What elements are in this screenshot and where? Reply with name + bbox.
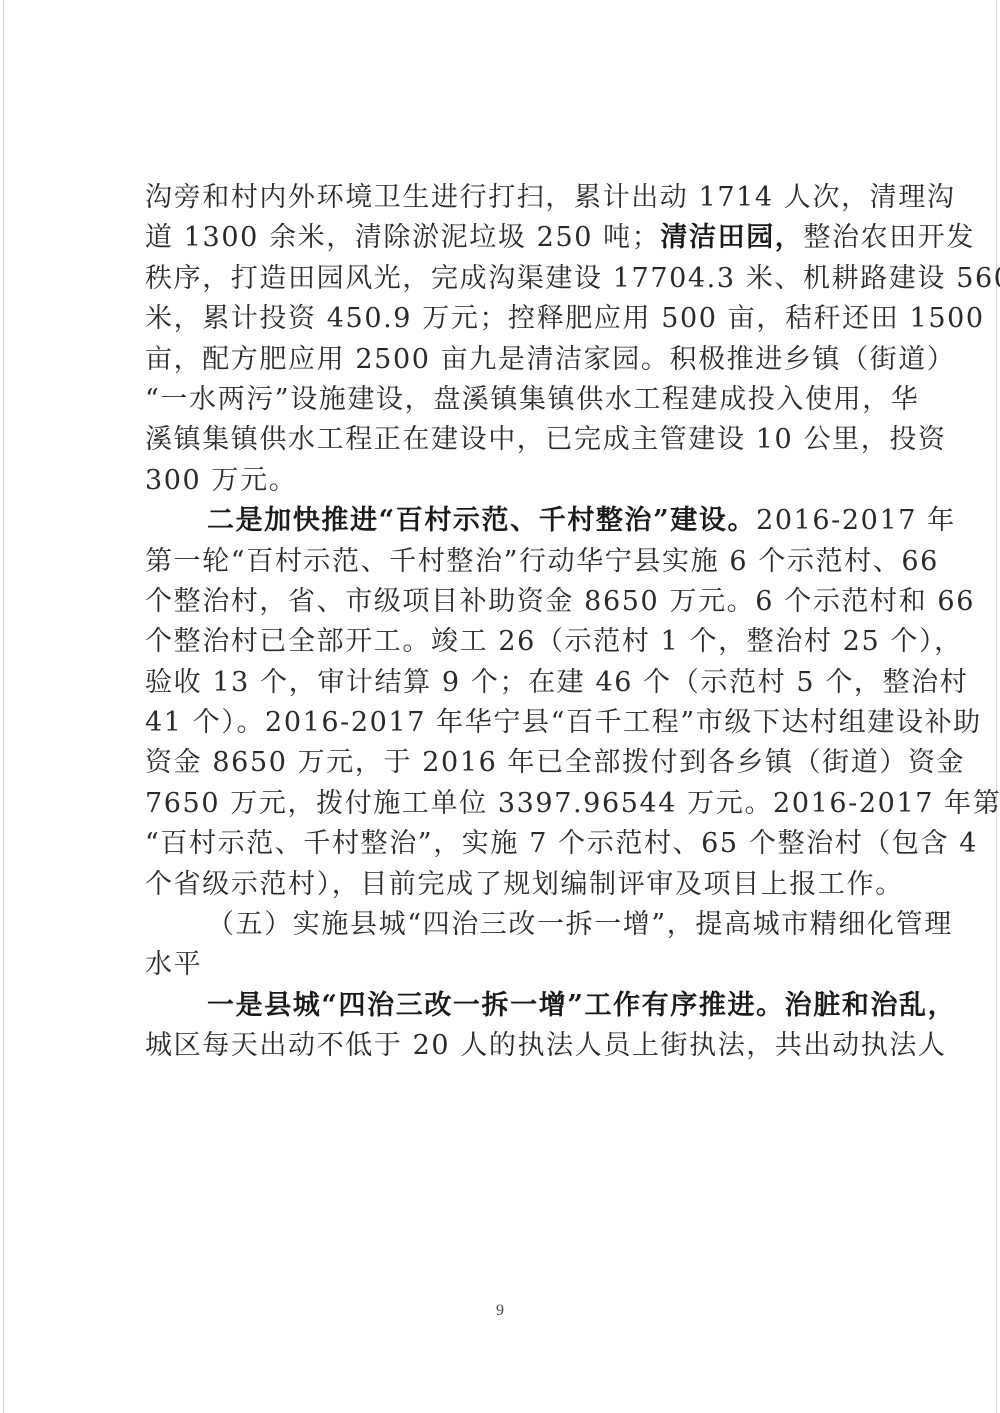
text-line: 沟旁和村内外环境卫生进行打扫，累计出动 1714 人次，清理沟: [145, 178, 887, 218]
text-segment: 整治农田开发: [803, 222, 975, 253]
text-line: “百村示范、千村整治”，实施 7 个示范村、65 个整治村（包含 4: [145, 824, 887, 864]
bold-text-segment: 清洁田园，: [660, 222, 803, 253]
scan-edge-left: [3, 0, 4, 1413]
text-segment: 道 1300 余米，清除淤泥垃圾 250 吨；: [145, 222, 660, 253]
text-line: 道 1300 余米，清除淤泥垃圾 250 吨；清洁田园，整治农田开发: [145, 218, 887, 258]
text-line: 一是县城“四治三改一拆一增”工作有序推进。治脏和治乱，: [145, 986, 887, 1026]
text-line: 亩，配方肥应用 2500 亩九是清洁家园。积极推进乡镇（街道）: [145, 340, 887, 380]
text-segment: 溪镇集镇供水工程正在建设中，已完成主管建设 10 公里，投资: [145, 424, 947, 455]
text-segment: 水平: [145, 949, 202, 980]
page-number: 9: [0, 1302, 1000, 1320]
bold-text-segment: 二是加快推进“百村示范、千村整治”建设。: [207, 505, 756, 536]
bold-text-segment: 一是县城“四治三改一拆一增”工作有序推进。治脏和治乱，: [207, 990, 956, 1021]
text-line: 验收 13 个，审计结算 9 个；在建 46 个（示范村 5 个，整治村: [145, 663, 887, 703]
text-segment: “百村示范、千村整治”，实施 7 个示范村、65 个整治村（包含 4: [145, 828, 978, 859]
text-segment: 300 万元。: [145, 465, 297, 496]
text-segment: 个整治村，省、市级项目补助资金 8650 万元。6 个示范村和 66: [145, 586, 975, 617]
text-segment: 2016-2017 年: [756, 505, 956, 536]
text-line: 米，累计投资 450.9 万元；控释肥应用 500 亩，秸秆还田 1500: [145, 299, 887, 339]
text-segment: 米，累计投资 450.9 万元；控释肥应用 500 亩，秸秆还田 1500: [145, 303, 985, 334]
text-segment: 验收 13 个，审计结算 9 个；在建 46 个（示范村 5 个，整治村: [145, 667, 968, 698]
text-line: 个整治村已全部开工。竣工 26（示范村 1 个，整治村 25 个），: [145, 622, 887, 662]
text-segment: 秩序，打造田园风光，完成沟渠建设 17704.3 米、机耕路建设 5600: [145, 263, 1000, 294]
text-segment: 沟旁和村内外环境卫生进行打扫，累计出动 1714 人次，清理沟: [145, 182, 955, 213]
text-segment: 41 个）。2016-2017 年华宁县“百千工程”市级下达村组建设补助: [145, 707, 982, 738]
scan-edge-right: [996, 0, 997, 1413]
text-line: 秩序，打造田园风光，完成沟渠建设 17704.3 米、机耕路建设 5600: [145, 259, 887, 299]
text-segment: 7650 万元，拨付施工单位 3397.96544 万元。2016-2017 年…: [145, 788, 1000, 819]
text-segment: （五）实施县城“四治三改一拆一增”，提高城市精细化管理: [207, 909, 953, 940]
text-segment: “一水两污”设施建设，盘溪镇集镇供水工程建成投入使用，华: [145, 384, 919, 415]
text-segment: 亩，配方肥应用 2500 亩九是清洁家园。积极推进乡镇（街道）: [145, 344, 955, 375]
text-segment: 资金 8650 万元，于 2016 年已全部拨付到各乡镇（街道）资金: [145, 747, 965, 778]
text-segment: 第一轮“百村示范、千村整治”行动华宁县实施 6 个示范村、66: [145, 546, 939, 577]
text-line: 水平: [145, 945, 887, 985]
text-line: 第一轮“百村示范、千村整治”行动华宁县实施 6 个示范村、66: [145, 542, 887, 582]
text-line: 资金 8650 万元，于 2016 年已全部拨付到各乡镇（街道）资金: [145, 743, 887, 783]
text-line: 二是加快推进“百村示范、千村整治”建设。2016-2017 年: [145, 501, 887, 541]
text-line: “一水两污”设施建设，盘溪镇集镇供水工程建成投入使用，华: [145, 380, 887, 420]
text-line: 个省级示范村），目前完成了规划编制评审及项目上报工作。: [145, 865, 887, 905]
text-line: （五）实施县城“四治三改一拆一增”，提高城市精细化管理: [145, 905, 887, 945]
text-segment: 个整治村已全部开工。竣工 26（示范村 1 个，整治村 25 个），: [145, 626, 963, 657]
text-line: 41 个）。2016-2017 年华宁县“百千工程”市级下达村组建设补助: [145, 703, 887, 743]
document-body: 沟旁和村内外环境卫生进行打扫，累计出动 1714 人次，清理沟道 1300 余米…: [145, 178, 887, 1067]
text-segment: 城区每天出动不低于 20 人的执法人员上街执法，共出动执法人: [145, 1030, 947, 1061]
text-line: 城区每天出动不低于 20 人的执法人员上街执法，共出动执法人: [145, 1026, 887, 1066]
text-line: 溪镇集镇供水工程正在建设中，已完成主管建设 10 公里，投资: [145, 420, 887, 460]
text-line: 300 万元。: [145, 461, 887, 501]
text-line: 7650 万元，拨付施工单位 3397.96544 万元。2016-2017 年…: [145, 784, 887, 824]
text-line: 个整治村，省、市级项目补助资金 8650 万元。6 个示范村和 66: [145, 582, 887, 622]
text-segment: 个省级示范村），目前完成了规划编制评审及项目上报工作。: [145, 869, 904, 900]
